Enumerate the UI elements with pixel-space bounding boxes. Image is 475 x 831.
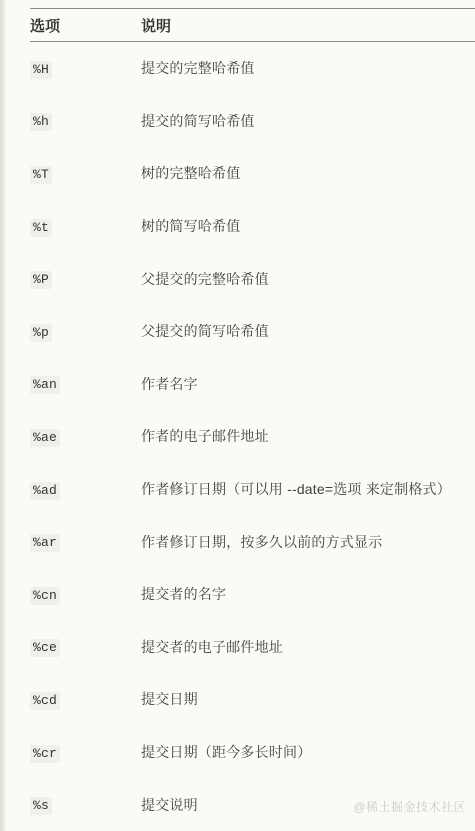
table-row: %H 提交的完整哈希值: [30, 42, 475, 95]
option-cell: %ar: [30, 515, 141, 568]
table-row: %ad 作者修订日期（可以用 --date=选项 来定制格式）: [30, 463, 475, 516]
description-cell: 作者的电子邮件地址: [141, 410, 475, 463]
description-cell: 父提交的简写哈希值: [141, 305, 475, 358]
table-row: %h 提交的简写哈希值: [30, 95, 475, 148]
description-cell: 提交的简写哈希值: [141, 95, 475, 148]
description-cell: 提交者的名字: [141, 568, 475, 621]
option-code: %t: [30, 219, 52, 237]
option-cell: %cd: [30, 673, 141, 726]
option-code: %ar: [30, 534, 60, 552]
option-cell: %ae: [30, 410, 141, 463]
git-format-options-table: 选项 说明 %H 提交的完整哈希值 %h 提交的简写哈希值 %T 树的完整哈希值…: [30, 8, 475, 831]
table-row: %ar 作者修订日期，按多久以前的方式显示: [30, 515, 475, 568]
table-header: 选项 说明: [30, 9, 475, 42]
option-code: %cd: [30, 692, 60, 710]
option-cell: %ce: [30, 621, 141, 674]
option-code: %s: [30, 797, 52, 815]
option-cell: %t: [30, 200, 141, 253]
description-cell: 作者修订日期（可以用 --date=选项 来定制格式）: [141, 463, 475, 516]
table-row: %cn 提交者的名字: [30, 568, 475, 621]
description-cell: 作者修订日期，按多久以前的方式显示: [141, 515, 475, 568]
description-cell: 提交日期: [141, 673, 475, 726]
table-row: %P 父提交的完整哈希值: [30, 252, 475, 305]
description-cell: 父提交的完整哈希值: [141, 252, 475, 305]
option-code: %h: [30, 113, 52, 131]
description-cell: 提交说明: [141, 778, 475, 831]
option-cell: %s: [30, 778, 141, 831]
description-cell: 树的简写哈希值: [141, 200, 475, 253]
option-code: %P: [30, 271, 52, 289]
page-root: 选项 说明 %H 提交的完整哈希值 %h 提交的简写哈希值 %T 树的完整哈希值…: [0, 0, 475, 831]
page-left-edge-shadow: [0, 0, 7, 831]
option-code: %H: [30, 61, 52, 79]
table-row: %ae 作者的电子邮件地址: [30, 410, 475, 463]
option-code: %cr: [30, 745, 60, 763]
option-code: %cn: [30, 587, 60, 605]
option-cell: %T: [30, 147, 141, 200]
table-row: %p 父提交的简写哈希值: [30, 305, 475, 358]
option-cell: %cr: [30, 726, 141, 779]
option-code: %ae: [30, 429, 60, 447]
option-cell: %P: [30, 252, 141, 305]
table-body: %H 提交的完整哈希值 %h 提交的简写哈希值 %T 树的完整哈希值 %t 树的…: [30, 42, 475, 831]
description-cell: 作者名字: [141, 358, 475, 411]
option-cell: %cn: [30, 568, 141, 621]
description-cell: 提交的完整哈希值: [141, 42, 475, 95]
table-row: %T 树的完整哈希值: [30, 147, 475, 200]
description-cell: 树的完整哈希值: [141, 147, 475, 200]
column-header-option: 选项: [30, 9, 141, 42]
description-cell: 提交日期（距今多长时间）: [141, 726, 475, 779]
table-row: %cd 提交日期: [30, 673, 475, 726]
table-row: %t 树的简写哈希值: [30, 200, 475, 253]
option-cell: %p: [30, 305, 141, 358]
option-cell: %h: [30, 95, 141, 148]
table-header-row: 选项 说明: [30, 9, 475, 42]
description-cell: 提交者的电子邮件地址: [141, 621, 475, 674]
table-row: %ce 提交者的电子邮件地址: [30, 621, 475, 674]
option-code: %an: [30, 376, 60, 394]
table-row: %s 提交说明: [30, 778, 475, 831]
option-code: %p: [30, 324, 52, 342]
table-row: %an 作者名字: [30, 358, 475, 411]
option-cell: %an: [30, 358, 141, 411]
column-header-description: 说明: [141, 9, 475, 42]
option-code: %T: [30, 166, 52, 184]
option-code: %ad: [30, 482, 60, 500]
option-cell: %H: [30, 42, 141, 95]
table-row: %cr 提交日期（距今多长时间）: [30, 726, 475, 779]
option-cell: %ad: [30, 463, 141, 516]
option-code: %ce: [30, 639, 60, 657]
